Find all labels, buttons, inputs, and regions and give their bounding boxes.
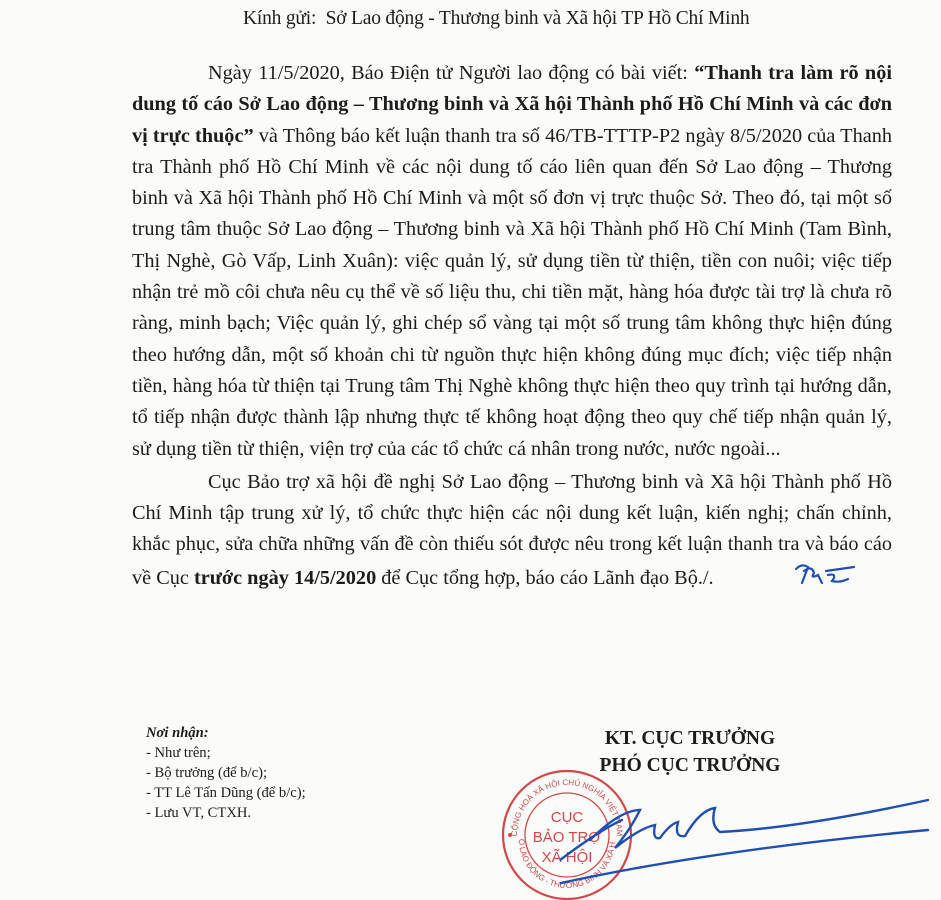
deadline: trước ngày 14/5/2020	[194, 567, 376, 589]
paragraph-2-rest: để Cục tổng hợp, báo cáo Lãnh đạo Bộ./.	[376, 567, 713, 589]
paragraph-1: Ngày 11/5/2020, Báo Điện tử Người lao độ…	[132, 58, 892, 465]
signature-block: KT. CỤC TRƯỞNG PHÓ CỤC TRƯỞNG	[560, 725, 820, 779]
recipients-list: Nơi nhận: - Như trên; - Bộ trưởng (để b/…	[146, 723, 306, 823]
recipient-item: - Lưu VT, CTXH.	[146, 803, 306, 823]
initials-icon	[716, 561, 862, 597]
recipients-title: Nơi nhận:	[146, 723, 306, 743]
paragraph-1-intro: Ngày 11/5/2020, Báo Điện tử Người lao độ…	[208, 62, 694, 84]
recipient-item: - Như trên;	[146, 743, 306, 763]
recipient-name: Sở Lao động - Thương binh và Xã hội TP H…	[326, 8, 750, 29]
letter-body: Ngày 11/5/2020, Báo Điện tử Người lao độ…	[132, 58, 892, 597]
paragraph-1-rest: và Thông báo kết luận thanh tra số 46/TB…	[132, 125, 892, 460]
signer-title-2: PHÓ CỤC TRƯỞNG	[560, 752, 820, 779]
recipient-item: - TT Lê Tấn Dũng (để b/c);	[146, 783, 306, 803]
recipient-item: - Bộ trưởng (để b/c);	[146, 763, 306, 783]
signer-title-1: KT. CỤC TRƯỞNG	[560, 725, 820, 752]
handwritten-signature-icon	[560, 780, 940, 895]
recipient-line: Kính gửi: Sở Lao động - Thương binh và X…	[243, 8, 749, 30]
recipient-label: Kính gửi:	[243, 8, 316, 29]
paragraph-2: Cục Bảo trợ xã hội đề nghị Sở Lao động –…	[132, 467, 892, 597]
